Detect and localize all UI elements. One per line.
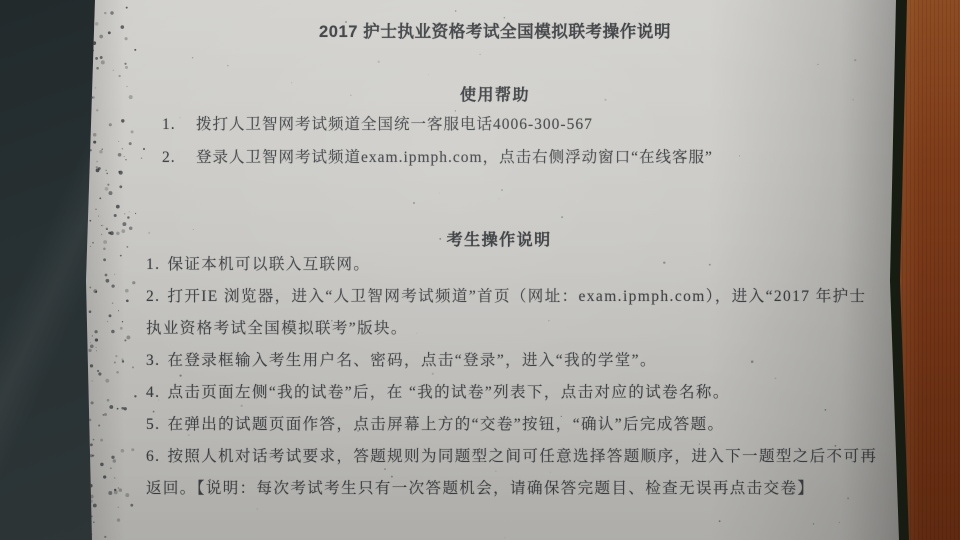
ops-heading-text: 考生操作说明	[447, 232, 552, 249]
list-item: 2.登录人卫智网考试频道exam.ipmph.com，点击右侧浮动窗口“在线客服…	[162, 141, 894, 174]
item-text: 保证本机可以联入互联网。	[167, 256, 370, 273]
document-title: 2017 护士执业资格考试全国模拟联考操作说明	[84, 18, 906, 42]
help-list: 1.拨打人卫智网考试频道全国统一客服电话4006-300-567 2.登录人卫智…	[162, 108, 894, 174]
item-text: 在弹出的试题页面作答，点击屏幕上方的“交卷”按钮，“确认”后完成答题。	[167, 416, 724, 433]
help-section-heading: 使用帮助	[84, 82, 906, 105]
document-content: 2017 护士执业资格考试全国模拟联考操作说明 使用帮助 1.拨打人卫智网考试频…	[84, 0, 906, 540]
item-number: 5.	[146, 416, 160, 433]
list-item-continuation: 执业资格考试全国模拟联考”版块。	[146, 313, 898, 345]
item-number: 6.	[146, 448, 160, 465]
item-text: 点击页面左侧“我的试卷”后，在 “我的试卷”列表下，点击对应的试卷名称。	[167, 384, 729, 401]
list-item: 4.点击页面左侧“我的试卷”后，在 “我的试卷”列表下，点击对应的试卷名称。	[146, 377, 898, 409]
item-text: 按照人机对话考试要求，答题规则为同题型之间可任意选择答题顺序，进入下一题型之后不…	[167, 448, 877, 465]
item-text: 登录人卫智网考试频道exam.ipmph.com，点击右侧浮动窗口“在线客服”	[196, 149, 713, 166]
item-number: 2.	[146, 288, 160, 305]
list-item: 1.拨打人卫智网考试频道全国统一客服电话4006-300-567	[162, 108, 894, 141]
list-item: 1.保证本机可以联入互联网。	[146, 249, 898, 281]
list-item: 3.在登录框输入考生用户名、密码，点击“登录”，进入“我的学堂”。	[146, 345, 898, 377]
ops-section-heading: ·考生操作说明	[84, 227, 906, 250]
list-item: 6.按照人机对话考试要求，答题规则为同题型之间可任意选择答题顺序，进入下一题型之…	[146, 441, 898, 473]
item-number: 1.	[162, 108, 196, 141]
ops-list: 1.保证本机可以联入互联网。 2.打开IE 浏览器，进入“人卫智网考试频道”首页…	[146, 249, 898, 505]
photo-scene: 2017 护士执业资格考试全国模拟联考操作说明 使用帮助 1.拨打人卫智网考试频…	[0, 0, 960, 540]
stray-dot-mark: ·	[438, 233, 443, 245]
item-text: 执业资格考试全国模拟联考”版块。	[146, 320, 408, 337]
item-text: 打开IE 浏览器，进入“人卫智网考试频道”首页（网址：exam.ipmph.co…	[167, 288, 866, 305]
paper-sheet: 2017 护士执业资格考试全国模拟联考操作说明 使用帮助 1.拨打人卫智网考试频…	[84, 0, 906, 540]
item-number: 3.	[146, 352, 160, 369]
item-text: 在登录框输入考生用户名、密码，点击“登录”，进入“我的学堂”。	[167, 352, 656, 369]
item-number: 4.	[146, 384, 160, 401]
item-number: 1.	[146, 256, 160, 273]
item-text: 返回。【说明：每次考试考生只有一次答题机会，请确保答完题目、检查无误再点击交卷】	[146, 480, 814, 497]
list-item: 2.打开IE 浏览器，进入“人卫智网考试频道”首页（网址：exam.ipmph.…	[146, 281, 898, 313]
item-number: 2.	[162, 141, 196, 174]
item-text: 拨打人卫智网考试频道全国统一客服电话4006-300-567	[196, 116, 593, 133]
list-item: 5.在弹出的试题页面作答，点击屏幕上方的“交卷”按钮，“确认”后完成答题。	[146, 409, 898, 441]
list-item-continuation: 返回。【说明：每次考试考生只有一次答题机会，请确保答完题目、检查无误再点击交卷】	[146, 473, 898, 505]
